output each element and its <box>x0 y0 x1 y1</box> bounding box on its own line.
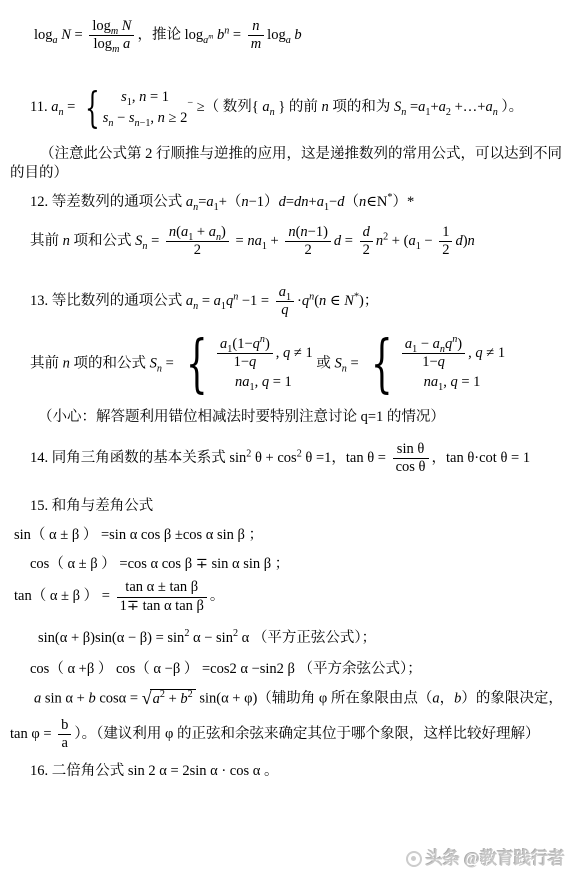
document-page: { "colors": { "text": "#000000", "backgr… <box>0 0 583 878</box>
item-16-double-angle: 16. 二倍角公式 sin 2 α = 2sin α · cos α 。 <box>30 762 569 781</box>
formula-geometric-sum: 其前 n 项的和公式 Sn = {a1(1−qn)1−q, q ≠ 1na1, … <box>30 336 569 393</box>
formula-tan-sum-difference: tan（ α ± β ） = tan α ± tan β1∓ tan α tan… <box>14 579 569 615</box>
formula-sin-product: sin(α + β)sin(α − β) = sin2 α − sin2 α （… <box>38 629 569 648</box>
watermark: 头条 @教育践行者 <box>406 848 565 870</box>
item-15-sum-difference-heading: 15. 和角与差角公式 <box>30 497 569 516</box>
item-13-geometric-general-term: 13. 等比数列的通项公式 an = a1qn −1 = a1q·qn(n ∈ … <box>30 284 569 320</box>
formula-cos-sum-difference: cos（ α ± β ） =cos α cos β ∓ sin α sin β … <box>30 555 569 574</box>
cases-brace: { <box>85 90 100 126</box>
watermark-logo-icon <box>406 851 422 867</box>
item-11-recursive-term-formula: 11. an = {s1, n = 1sn − sn−1, n ≥ 2− ≥（ … <box>30 88 569 128</box>
cases-brace: { <box>186 337 208 390</box>
document-body: loga N = logm Nlogm a，推论 logam bn = nmlo… <box>6 18 569 781</box>
note-recursion-usage: （注意此公式第 2 行顺推与逆推的应用，这是递推数列的常用公式，可以达到不同的目… <box>10 145 569 183</box>
watermark-text: 头条 @教育践行者 <box>426 848 565 870</box>
formula-auxiliary-angle: a sin α + b cosα = √a2 + b2 sin(α + φ)（辅… <box>34 689 569 709</box>
cases-brace: { <box>371 337 393 390</box>
formula-tan-phi-note: tan φ = ba）。（建议利用 φ 的正弦和余弦来确定其位于哪个象限，这样比… <box>10 717 569 753</box>
formula-sin-sum-difference: sin（ α ± β ） =sin α cos β ±cos α sin β ； <box>14 526 569 545</box>
item-14-trig-basic-identities: 14. 同角三角函数的基本关系式 sin2 θ + cos2 θ =1，tan … <box>30 441 569 477</box>
formula-cos-product: cos（ α +β ） cos（ α −β ） =cos2 α −sin2 β … <box>30 660 569 679</box>
note-q-equals-1: （小心：解答题利用错位相减法时要特别注意讨论 q=1 的情况） <box>38 408 569 427</box>
item-12-arithmetic-general-term: 12. 等差数列的通项公式 an=a1+（n−1）d=dn+a1−d（n∈N*）… <box>30 193 569 212</box>
formula-arithmetic-sum: 其前 n 项和公式 Sn = n(a1 + an)2 = na1 + n(n−1… <box>30 224 569 260</box>
formula-log-base-change: loga N = logm Nlogm a，推论 logam bn = nmlo… <box>34 18 569 54</box>
